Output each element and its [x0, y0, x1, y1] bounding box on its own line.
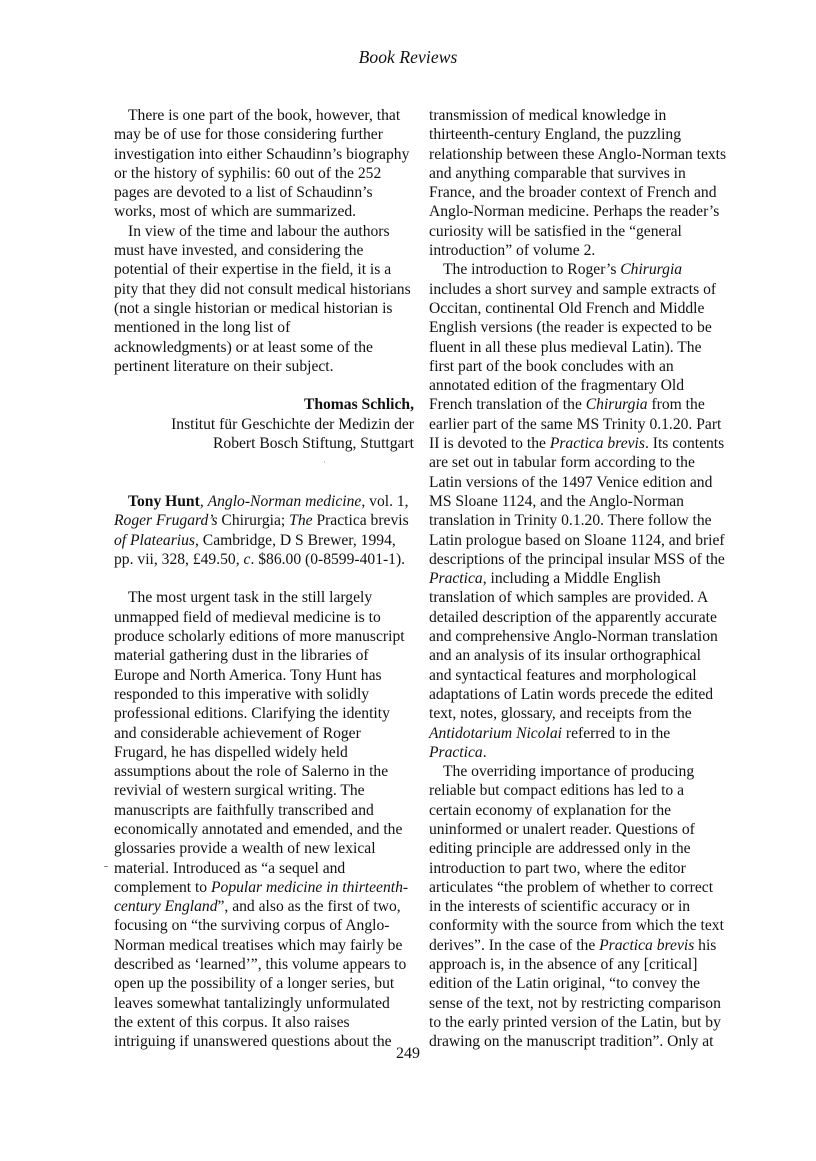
text-fragment: . Its contents [645, 435, 724, 452]
page-number: 249 [0, 1045, 816, 1063]
text-line: English versions (the reader is expected… [429, 318, 735, 337]
book-subtitle: The [289, 512, 312, 529]
text-line: fluent in all these plus medieval Latin)… [429, 338, 735, 357]
text-line: relationship between these Anglo-Norman … [429, 145, 735, 164]
spacer [114, 376, 414, 395]
text-line: Occitan, continental Old French and Midd… [429, 299, 735, 318]
book-title: Anglo-Norman medicine [208, 493, 362, 510]
text-fragment: from the [648, 396, 705, 413]
text-line: material. Introduced as “a sequel and [114, 859, 414, 878]
text-fragment: . [483, 744, 487, 761]
citation-line: of Platearius, Cambridge, D S Brewer, 19… [114, 531, 414, 550]
text-line: editing principle are addressed only in … [429, 839, 735, 858]
text-fragment: ”, and also as the first of two, [218, 898, 401, 915]
cited-title: Antidotarium Nicolai [429, 725, 562, 742]
text-line: glossaries provide a wealth of new lexic… [114, 839, 414, 858]
text-line: derives”. In the case of the Practica br… [429, 936, 735, 955]
text-line: conformity with the source from which th… [429, 916, 735, 935]
punct: , [200, 493, 208, 510]
text-line: certain economy of explanation for the [429, 801, 735, 820]
text-line: Practica. [429, 743, 735, 762]
spacer [114, 569, 414, 588]
text-line: includes a short survey and sample extra… [429, 280, 735, 299]
book-author: Tony Hunt [128, 493, 200, 510]
text-fragment: referred to in the [562, 725, 670, 742]
text-line: investigation into either Schaudinn’s bi… [114, 145, 414, 164]
text-line: The overriding importance of producing [429, 762, 735, 781]
text-line: sense of the text, not by restricting co… [429, 994, 735, 1013]
text-fragment: complement to [114, 879, 211, 896]
text-line: reliable but compact editions has led to… [429, 781, 735, 800]
text-line: earlier part of the same MS Trinity 0.1.… [429, 415, 735, 434]
text-line: (not a single historian or medical histo… [114, 299, 414, 318]
text-line: France, and the broader context of Frenc… [429, 183, 735, 202]
cited-title: Practica [429, 570, 483, 587]
cited-title: Practica brevis [550, 435, 645, 452]
text-line: introduction to part two, where the edit… [429, 859, 735, 878]
text-line: assumptions about the role of Salerno in… [114, 762, 414, 781]
text-line: professional editions. Clarifying the id… [114, 704, 414, 723]
text-line: Europe and North America. Tony Hunt has [114, 666, 414, 685]
text-line: potential of their expertise in the fiel… [114, 260, 414, 279]
text-line: are set out in tabular form according to… [429, 453, 735, 472]
right-paragraph-2: The introduction to Roger’s Chirurgia in… [429, 260, 735, 762]
pages-price: pp. vii, 328, £49.50, [114, 551, 244, 568]
price-isbn: . $86.00 (0-8599-401-1). [250, 551, 405, 568]
text-line: must have invested, and considering the [114, 241, 414, 260]
text-line: Latin prologue based on Sloane 1124, and… [429, 531, 735, 550]
text-line: focusing on “the surviving corpus of Ang… [114, 916, 414, 935]
text-line: curiosity will be satisfied in the “gene… [429, 222, 735, 241]
left-column: There is one part of the book, however, … [114, 106, 414, 1052]
text-line: and anything comparable that survives in [429, 164, 735, 183]
text-line: acknowledgments) or at least some of the [114, 338, 414, 357]
publisher: , Cambridge, D S Brewer, 1994, [195, 532, 396, 549]
text-line: descriptions of the principal insular MS… [429, 550, 735, 569]
text-fragment: French translation of the [429, 396, 586, 413]
text-line: or the history of syphilis: 60 out of th… [114, 164, 414, 183]
cited-title: Chirurgia [620, 261, 682, 278]
text-line: to the early printed version of the Lati… [429, 1013, 735, 1032]
text-line: pages are devoted to a list of Schaudinn… [114, 183, 414, 202]
text-fragment: The introduction to Roger’s [443, 261, 620, 278]
right-column: transmission of medical knowledge in thi… [429, 106, 735, 1052]
text-line: adaptations of Latin words precede the e… [429, 685, 735, 704]
text-line: open up the possibility of a longer seri… [114, 974, 414, 993]
review-2-body: The most urgent task in the still largel… [114, 588, 414, 1051]
text-line: In view of the time and labour the autho… [114, 222, 414, 241]
cited-title: Practica [429, 744, 483, 761]
text-line: responded to this imperative with solidl… [114, 685, 414, 704]
cited-title: Popular medicine in thirteenth- [211, 879, 408, 896]
text-line: annotated edition of the fragmentary Old [429, 376, 735, 395]
text-fragment: , including a Middle English [483, 570, 661, 587]
review-2-citation: Tony Hunt, Anglo-Norman medicine, vol. 1… [114, 492, 414, 569]
text-line: and comprehensive Anglo-Norman translati… [429, 627, 735, 646]
text-line: Latin versions of the 1497 Venice editio… [429, 473, 735, 492]
text-line: and an analysis of its insular orthograp… [429, 646, 735, 665]
text-line: unmapped field of medieval medicine is t… [114, 608, 414, 627]
text-line: transmission of medical knowledge in [429, 106, 735, 125]
book-subtitle: Chirurgia; [218, 512, 290, 529]
text-line: complement to Popular medicine in thirte… [114, 878, 414, 897]
text-line: edition of the Latin original, “to conve… [429, 974, 735, 993]
text-line: mentioned in the long list of [114, 318, 414, 337]
review-1-paragraph-1: There is one part of the book, however, … [114, 106, 414, 222]
citation-line: pp. vii, 328, £49.50, c. $86.00 (0-8599-… [114, 550, 414, 569]
text-line: Norman medical treatises which may fairl… [114, 936, 414, 955]
text-line: and considerable achievement of Roger [114, 724, 414, 743]
spacer [114, 473, 414, 492]
text-line: Antidotarium Nicolai referred to in the [429, 724, 735, 743]
reviewer-affiliation: Robert Bosch Stiftung, Stuttgart [114, 434, 414, 453]
cited-title: Practica brevis [599, 937, 694, 954]
text-line: produce scholarly editions of more manus… [114, 627, 414, 646]
text-line: material gathering dust in the libraries… [114, 646, 414, 665]
cited-title: century England [114, 898, 218, 915]
text-line: revivial of western surgical writing. Th… [114, 781, 414, 800]
text-fragment: his [694, 937, 716, 954]
text-line: introduction” of volume 2. [429, 241, 735, 260]
text-line: Frugard, he has dispelled widely held [114, 743, 414, 762]
citation-line: Roger Frugard’s Chirurgia; The Practica … [114, 511, 414, 530]
margin-mark [104, 866, 108, 867]
text-line: pertinent literature on their subject. [114, 357, 414, 376]
text-line: approach is, in the absence of any [crit… [429, 955, 735, 974]
text-line: works, most of which are summarized. [114, 202, 414, 221]
text-line: the extent of this corpus. It also raise… [114, 1013, 414, 1032]
text-line: Anglo-Norman medicine. Perhaps the reade… [429, 202, 735, 221]
text-line: There is one part of the book, however, … [114, 106, 414, 125]
right-paragraph-3: The overriding importance of producing r… [429, 762, 735, 1051]
text-line: text, notes, glossary, and receipts from… [429, 704, 735, 723]
text-line: described as ‘learned’”, this volume app… [114, 955, 414, 974]
text-line: thirteenth-century England, the puzzling [429, 125, 735, 144]
text-line: pity that they did not consult medical h… [114, 280, 414, 299]
text-line: articulates “the problem of whether to c… [429, 878, 735, 897]
volume: , vol. 1, [361, 493, 408, 510]
text-line: economically annotated and emended, and … [114, 820, 414, 839]
text-line: The introduction to Roger’s Chirurgia [429, 260, 735, 279]
citation-line: Tony Hunt, Anglo-Norman medicine, vol. 1… [114, 492, 414, 511]
book-subtitle: of Platearius [114, 532, 195, 549]
reviewer-signature: Thomas Schlich, Institut für Geschichte … [114, 395, 414, 453]
book-subtitle: Roger Frugard’s [114, 512, 218, 529]
text-line: may be of use for those considering furt… [114, 125, 414, 144]
text-line: detailed description of the apparently a… [429, 608, 735, 627]
running-head: Book Reviews [0, 47, 816, 68]
reviewer-affiliation: Institut für Geschichte der Medizin der [114, 415, 414, 434]
text-line: French translation of the Chirurgia from… [429, 395, 735, 414]
text-line: manuscripts are faithfully transcribed a… [114, 801, 414, 820]
review-1-paragraph-2: In view of the time and labour the autho… [114, 222, 414, 376]
reviewer-name: Thomas Schlich, [114, 395, 414, 414]
text-line: uninformed or unalert reader. Questions … [429, 820, 735, 839]
text-line: century England”, and also as the first … [114, 897, 414, 916]
text-fragment: derives”. In the case of the [429, 937, 599, 954]
text-line: and syntactical features and morphologic… [429, 666, 735, 685]
text-line: II is devoted to the Practica brevis. It… [429, 434, 735, 453]
text-line: first part of the book concludes with an [429, 357, 735, 376]
text-line: in the interests of scientific accuracy … [429, 897, 735, 916]
text-line: leaves somewhat tantalizingly unformulat… [114, 994, 414, 1013]
book-subtitle: Practica brevis [313, 512, 409, 529]
text-line: translation in Trinity 0.1.20. There fol… [429, 511, 735, 530]
text-line: MS Sloane 1124, and the Anglo-Norman [429, 492, 735, 511]
cited-title: Chirurgia [586, 396, 648, 413]
stray-mark: · [114, 453, 414, 472]
text-line: translation of which samples are provide… [429, 588, 735, 607]
text-line: The most urgent task in the still largel… [114, 588, 414, 607]
right-paragraph-1: transmission of medical knowledge in thi… [429, 106, 735, 260]
text-line: Practica, including a Middle English [429, 569, 735, 588]
text-fragment: II is devoted to the [429, 435, 550, 452]
